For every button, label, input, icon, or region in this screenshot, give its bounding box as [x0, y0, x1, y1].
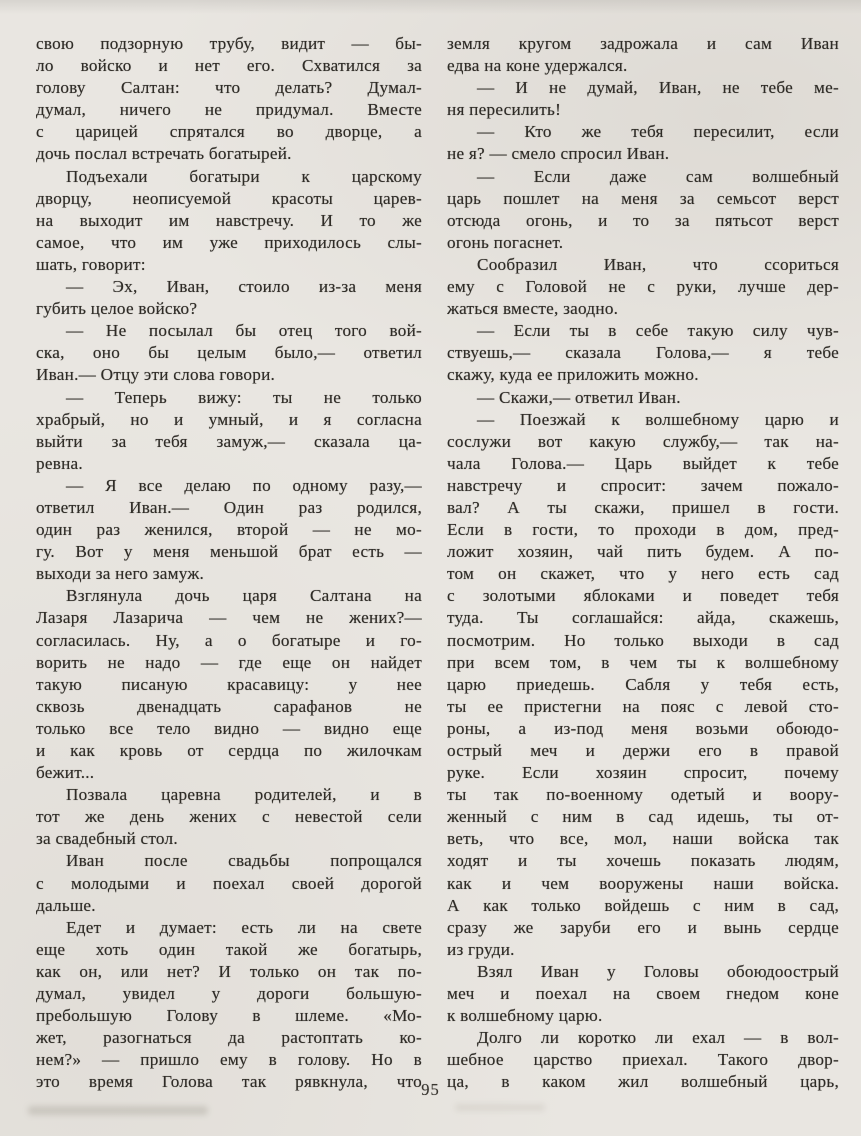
- paragraph: Иван после свадьбы попрощалсяс молодыми …: [36, 850, 422, 916]
- text-line: — Скажи,— ответил Иван.: [447, 387, 839, 409]
- text-line: веть, что все, мол, наши войска так: [447, 828, 839, 850]
- text-line: ло войско и нет его. Схватился за: [36, 55, 422, 77]
- paragraph: свою подзорную трубу, видит — бы-ло войс…: [36, 33, 422, 166]
- text-line: только все тело видно — видно еще: [36, 718, 422, 740]
- book-page: свою подзорную трубу, видит — бы-ло войс…: [0, 0, 861, 1136]
- text-line: острый меч и держи его в правой: [447, 740, 839, 762]
- paragraph: — Поезжай к волшебному царю исослужи вот…: [447, 409, 839, 961]
- text-line: Взял Иван у Головы обоюдоострый: [447, 961, 839, 983]
- text-line: — И не думай, Иван, не тебе ме-: [447, 77, 839, 99]
- text-line: Иван после свадьбы попрощался: [36, 850, 422, 872]
- text-line: — Если даже сам волшебный: [447, 166, 839, 188]
- text-line: шать, говорит:: [36, 254, 422, 276]
- text-line: туда. Ты соглашайся: айда, скажешь,: [447, 607, 839, 629]
- text-line: самое, что им уже приходилось слы-: [36, 232, 422, 254]
- paragraph: — Кто же тебя пересилит, еслине я? — сме…: [447, 121, 839, 165]
- text-line: — Не посылал бы отец того вой-: [36, 320, 422, 342]
- text-line: ревна.: [36, 453, 422, 475]
- text-line: думал, ничего не придумал. Вместе: [36, 99, 422, 121]
- text-line: Лазаря Лазарича — чем не жених?—: [36, 607, 422, 629]
- text-line: с царицей спрятался во дворце, а: [36, 121, 422, 143]
- text-line: гу. Вот у меня меньшой брат есть —: [36, 541, 422, 563]
- text-line: и как кровь от сердца по жилочкам: [36, 740, 422, 762]
- text-line: Иван.— Отцу эти слова говори.: [36, 364, 422, 386]
- text-line: Едет и думает: есть ли на свете: [36, 917, 422, 939]
- text-line: меч и поехал на своем гнедом коне: [447, 983, 839, 1005]
- text-line: из груди.: [447, 939, 839, 961]
- text-line: — Теперь вижу: ты не только: [36, 387, 422, 409]
- text-line: — Если ты в себе такую силу чув-: [447, 320, 839, 342]
- text-line: сквозь двенадцать сарафанов не: [36, 696, 422, 718]
- text-line: ты так по-военному одетый и воору-: [447, 784, 839, 806]
- text-line: сразу же заруби его и вынь сердце: [447, 917, 839, 939]
- text-line: на выходит им навстречу. И то же: [36, 210, 422, 232]
- paragraph: — Эх, Иван, стоило из-за менягубить цело…: [36, 276, 422, 320]
- text-line: губить целое войско?: [36, 298, 422, 320]
- text-line: ему с Головой не с руки, лучше дер-: [447, 276, 839, 298]
- text-line: дочь послал встречать богатырей.: [36, 143, 422, 165]
- text-line: не я? — смело спросил Иван.: [447, 143, 839, 165]
- text-line: руке. Если хозяин спросит, почему: [447, 762, 839, 784]
- text-line: ходят и ты хочешь показать людям,: [447, 850, 839, 872]
- text-line: к волшебному царю.: [447, 1005, 839, 1027]
- text-line: — Я все делаю по одному разу,—: [36, 475, 422, 497]
- text-line: ворить не надо — где еще он найдет: [36, 652, 422, 674]
- paragraph: — И не думай, Иван, не тебе ме-ня переси…: [447, 77, 839, 121]
- paragraph: Едет и думает: есть ли на светееще хоть …: [36, 917, 422, 1094]
- text-line: выходи за него замуж.: [36, 563, 422, 585]
- text-line: вал? А ты скажи, пришел в гости.: [447, 497, 839, 519]
- text-line: ска, оно бы целым было,— ответил: [36, 342, 422, 364]
- text-line: скажу, куда ее приложить можно.: [447, 364, 839, 386]
- text-line: с молодыми и поехал своей дорогой: [36, 873, 422, 895]
- text-line: царь пошлет на меня за семьсот верст: [447, 188, 839, 210]
- text-line: дальше.: [36, 895, 422, 917]
- text-line: бежит...: [36, 762, 422, 784]
- print-smudge: [28, 1106, 208, 1115]
- text-line: Долго ли коротко ли ехал — в вол-: [447, 1027, 839, 1049]
- text-line: шебное царство приехал. Такого двор-: [447, 1049, 839, 1071]
- text-line: отсюда огонь, и то за пятьсот верст: [447, 210, 839, 232]
- text-line: — Кто же тебя пересилит, если: [447, 121, 839, 143]
- text-column-left: свою подзорную трубу, видит — бы-ло войс…: [36, 33, 422, 1094]
- text-line: Сообразил Иван, что ссориться: [447, 254, 839, 276]
- text-line: земля кругом задрожала и сам Иван: [447, 33, 839, 55]
- text-line: Взглянула дочь царя Салтана на: [36, 585, 422, 607]
- paragraph: — Если даже сам волшебныйцарь пошлет на …: [447, 166, 839, 254]
- text-line: выйти за тебя замуж,— сказала ца-: [36, 431, 422, 453]
- text-line: том он скажет, что у него есть сад: [447, 563, 839, 585]
- paragraph: — Скажи,— ответил Иван.: [447, 387, 839, 409]
- text-line: царю приедешь. Сабля у тебя есть,: [447, 674, 839, 696]
- paragraph: Позвала царевна родителей, и втот же ден…: [36, 784, 422, 850]
- text-line: едва на коне удержался.: [447, 55, 839, 77]
- text-line: свою подзорную трубу, видит — бы-: [36, 33, 422, 55]
- print-smudge: [455, 1104, 545, 1111]
- paragraph: — Не посылал бы отец того вой-ска, оно б…: [36, 320, 422, 386]
- text-line: еще хоть один такой же богатырь,: [36, 939, 422, 961]
- text-line: ты ее пристегни на пояс с левой сто-: [447, 696, 839, 718]
- text-line: огонь погаснет.: [447, 232, 839, 254]
- text-line: женный с ним в сад идешь, ты от-: [447, 806, 839, 828]
- text-line: думал, увидел у дороги большую-: [36, 983, 422, 1005]
- text-line: с золотыми яблоками и поведет тебя: [447, 585, 839, 607]
- text-line: жет, разогнаться да растоптать ко-: [36, 1027, 422, 1049]
- text-line: посмотрим. Но только выходи в сад: [447, 630, 839, 652]
- text-line: храбрый, но и умный, и я согласна: [36, 409, 422, 431]
- text-line: такую писаную красавицу: у нее: [36, 674, 422, 696]
- text-column-right: земля кругом задрожала и сам Иванедва на…: [447, 33, 839, 1094]
- text-line: Если в гости, то проходи в дом, пред-: [447, 519, 839, 541]
- text-line: тот же день жених с невестой сели: [36, 806, 422, 828]
- text-line: — Поезжай к волшебному царю и: [447, 409, 839, 431]
- text-line: жаться вместе, заодно.: [447, 298, 839, 320]
- text-line: ответил Иван.— Один раз родился,: [36, 497, 422, 519]
- text-line: как и чем вооружены наши войска.: [447, 873, 839, 895]
- text-line: ложит хозяин, чай пить будем. А по-: [447, 541, 839, 563]
- text-line: согласилась. Ну, а о богатыре и го-: [36, 630, 422, 652]
- text-line: чала Голова.— Царь выйдет к тебе: [447, 453, 839, 475]
- paragraph: — Если ты в себе такую силу чув-ствуешь,…: [447, 320, 839, 386]
- paragraph: Взглянула дочь царя Салтана наЛазаря Лаз…: [36, 585, 422, 784]
- paragraph: Сообразил Иван, что ссоритьсяему с Голов…: [447, 254, 839, 320]
- text-line: Подъехали богатыри к царскому: [36, 166, 422, 188]
- text-line: как он, или нет? И только он так по-: [36, 961, 422, 983]
- text-line: ня пересилить!: [447, 99, 839, 121]
- text-line: пребольшую Голову в шлеме. «Мо-: [36, 1005, 422, 1027]
- text-line: роны, а из-под меня возьми обоюдо-: [447, 718, 839, 740]
- text-line: навстречу и спросит: зачем пожало-: [447, 475, 839, 497]
- paragraph: — Теперь вижу: ты не толькохрабрый, но и…: [36, 387, 422, 475]
- text-line: — Эх, Иван, стоило из-за меня: [36, 276, 422, 298]
- page-number: 95: [0, 1080, 861, 1100]
- text-line: один раз женился, второй — не мо-: [36, 519, 422, 541]
- text-line: А как только войдешь с ним в сад,: [447, 895, 839, 917]
- text-line: при всем том, в чем ты к волшебному: [447, 652, 839, 674]
- text-line: за свадебный стол.: [36, 828, 422, 850]
- text-line: Позвала царевна родителей, и в: [36, 784, 422, 806]
- text-line: дворцу, неописуемой красоты царев-: [36, 188, 422, 210]
- text-line: сослужи вот какую службу,— так на-: [447, 431, 839, 453]
- paragraph: — Я все делаю по одному разу,—ответил Ив…: [36, 475, 422, 585]
- paragraph: Подъехали богатыри к царскомудворцу, нео…: [36, 166, 422, 276]
- text-line: ствуешь,— сказала Голова,— я тебе: [447, 342, 839, 364]
- text-line: голову Салтан: что делать? Думал-: [36, 77, 422, 99]
- paragraph: земля кругом задрожала и сам Иванедва на…: [447, 33, 839, 77]
- paragraph: Взял Иван у Головы обоюдоострыймеч и пое…: [447, 961, 839, 1027]
- text-line: нем?» — пришло ему в голову. Но в: [36, 1049, 422, 1071]
